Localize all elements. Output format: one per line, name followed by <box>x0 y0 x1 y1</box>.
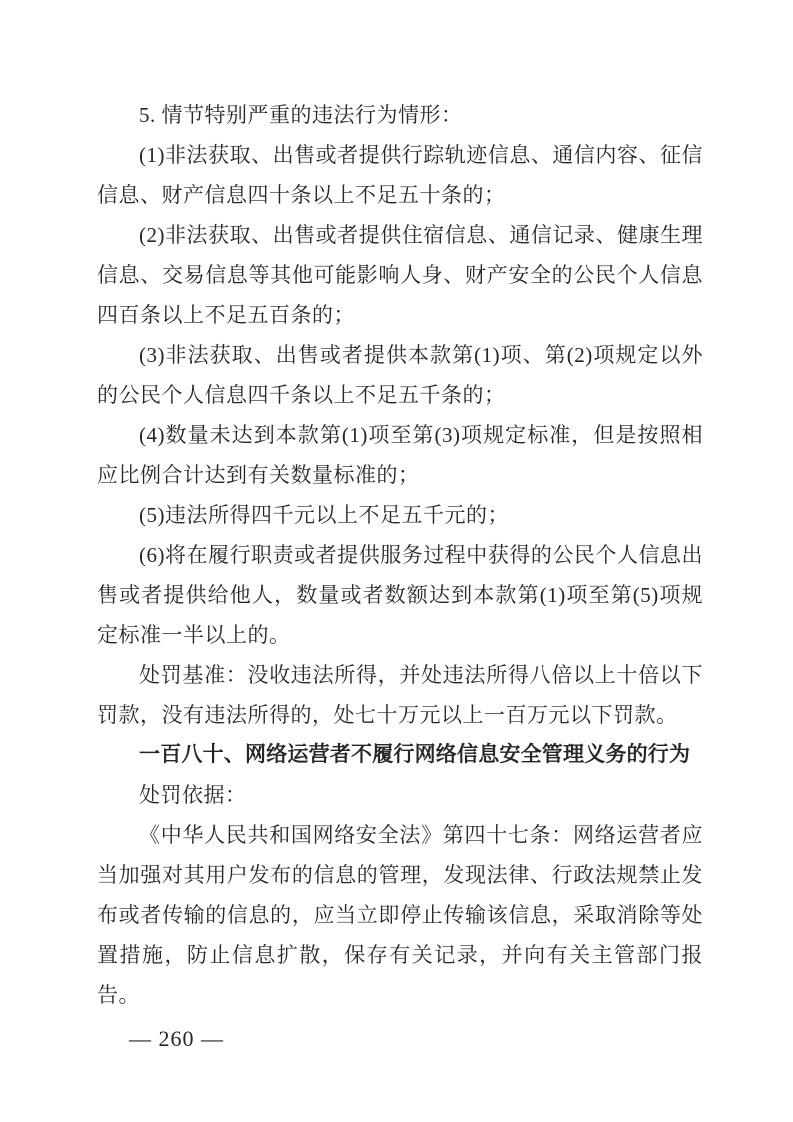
paragraph: (2)非法获取、出售或者提供住宿信息、通信记录、健康生理信息、交易信息等其他可能… <box>97 215 703 335</box>
paragraph: 5. 情节特别严重的违法行为情形： <box>97 95 703 135</box>
paragraph: (1)非法获取、出售或者提供行踪轨迹信息、通信内容、征信信息、财产信息四十条以上… <box>97 135 703 215</box>
text-content: 5. 情节特别严重的违法行为情形： (1)非法获取、出售或者提供行踪轨迹信息、通… <box>97 95 703 1055</box>
document-page: 5. 情节特别严重的违法行为情形： (1)非法获取、出售或者提供行踪轨迹信息、通… <box>0 0 793 1122</box>
paragraph: 处罚基准：没收违法所得，并处违法所得八倍以上十倍以下罚款，没有违法所得的，处七十… <box>97 655 703 735</box>
paragraph: (3)非法获取、出售或者提供本款第(1)项、第(2)项规定以外的公民个人信息四千… <box>97 335 703 415</box>
page-number: — 260 — <box>97 1023 703 1055</box>
paragraph: 《中华人民共和国网络安全法》第四十七条：网络运营者应当加强对其用户发布的信息的管… <box>97 815 703 1015</box>
section-heading: 一百八十、网络运营者不履行网络信息安全管理义务的行为 <box>97 735 703 775</box>
paragraph: 处罚依据： <box>97 775 703 815</box>
paragraph: (4)数量未达到本款第(1)项至第(3)项规定标准，但是按照相应比例合计达到有关… <box>97 415 703 495</box>
paragraph: (6)将在履行职责或者提供服务过程中获得的公民个人信息出售或者提供给他人，数量或… <box>97 535 703 655</box>
paragraph: (5)违法所得四千元以上不足五千元的； <box>97 495 703 535</box>
